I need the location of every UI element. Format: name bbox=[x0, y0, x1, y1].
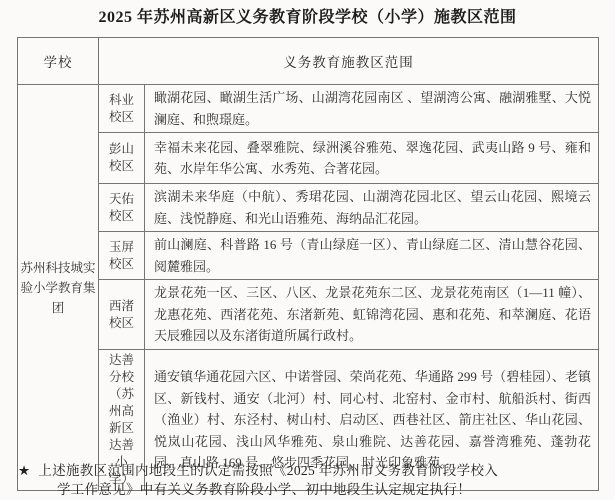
header-school: 学校 bbox=[18, 38, 99, 85]
footnote-text-1: 上述施教区范围内地段生的认定需按照《2025 年苏州市义务教育阶段学校入 bbox=[38, 463, 498, 478]
table-header-row: 学校 义务教育施教区范围 bbox=[18, 38, 599, 85]
page-title: 2025 年苏州高新区义务教育阶段学校（小学）施教区范围 bbox=[0, 0, 615, 28]
district-range-cell: 滨湖未来华庭（中航）、秀珺花园、山湖湾花园北区、望云山花园、熙境云庭、浅悦静庭、… bbox=[145, 184, 599, 232]
table-row: 玉屏校区 前山澜庭、科普路 16 号（青山绿庭一区）、青山绿庭二区、清山慧谷花园… bbox=[18, 232, 599, 280]
district-range-cell: 瞰湖花园、瞰湖生活广场、山湖湾花园南区 、望湖湾公寓、融湖雅墅、大悦澜庭、和煦璟… bbox=[145, 85, 599, 133]
campus-cell: 彭山校区 bbox=[99, 133, 145, 184]
table-row: 天佑校区 滨湖未来华庭（中航）、秀珺花园、山湖湾花园北区、望云山花园、熙境云庭、… bbox=[18, 184, 599, 232]
district-range-cell: 龙景花苑一区、三区、八区、龙景花苑东二区、龙景花苑南区（1—11 幢）、龙惠花苑… bbox=[145, 280, 599, 350]
campus-cell: 西渚校区 bbox=[99, 280, 145, 350]
footnote-line-2: 学工作意见》中有关义务教育阶段小学、初中地段生认定规定执行！ bbox=[57, 480, 600, 499]
header-range: 义务教育施教区范围 bbox=[99, 38, 599, 85]
district-range-cell: 前山澜庭、科普路 16 号（青山绿庭一区）、青山绿庭二区、清山慧谷花园、阅麓雅园… bbox=[145, 232, 599, 280]
footnote-line-1: ★上述施教区范围内地段生的认定需按照《2025 年苏州市义务教育阶段学校入 bbox=[18, 461, 600, 480]
footnote: ★上述施教区范围内地段生的认定需按照《2025 年苏州市义务教育阶段学校入 学工… bbox=[18, 461, 600, 499]
table-row: 苏州科技城实验小学教育集团 科业校区 瞰湖花园、瞰湖生活广场、山湖湾花园南区 、… bbox=[18, 85, 599, 133]
district-range-cell: 幸福未来花园、叠翠雅院、绿洲溪谷雅苑、翠逸花园、武夷山路 9 号、雍和苑、水岸年… bbox=[145, 133, 599, 184]
star-icon: ★ bbox=[18, 461, 30, 480]
page: 2025 年苏州高新区义务教育阶段学校（小学）施教区范围 学校 义务教育施教区范… bbox=[0, 0, 615, 500]
campus-cell: 天佑校区 bbox=[99, 184, 145, 232]
table-row: 西渚校区 龙景花苑一区、三区、八区、龙景花苑东二区、龙景花苑南区（1—11 幢）… bbox=[18, 280, 599, 350]
district-table: 学校 义务教育施教区范围 苏州科技城实验小学教育集团 科业校区 瞰湖花园、瞰湖生… bbox=[17, 37, 599, 491]
table-row: 彭山校区 幸福未来花园、叠翠雅院、绿洲溪谷雅苑、翠逸花园、武夷山路 9 号、雍和… bbox=[18, 133, 599, 184]
campus-cell: 科业校区 bbox=[99, 85, 145, 133]
campus-cell: 玉屏校区 bbox=[99, 232, 145, 280]
school-group-cell: 苏州科技城实验小学教育集团 bbox=[18, 85, 99, 491]
